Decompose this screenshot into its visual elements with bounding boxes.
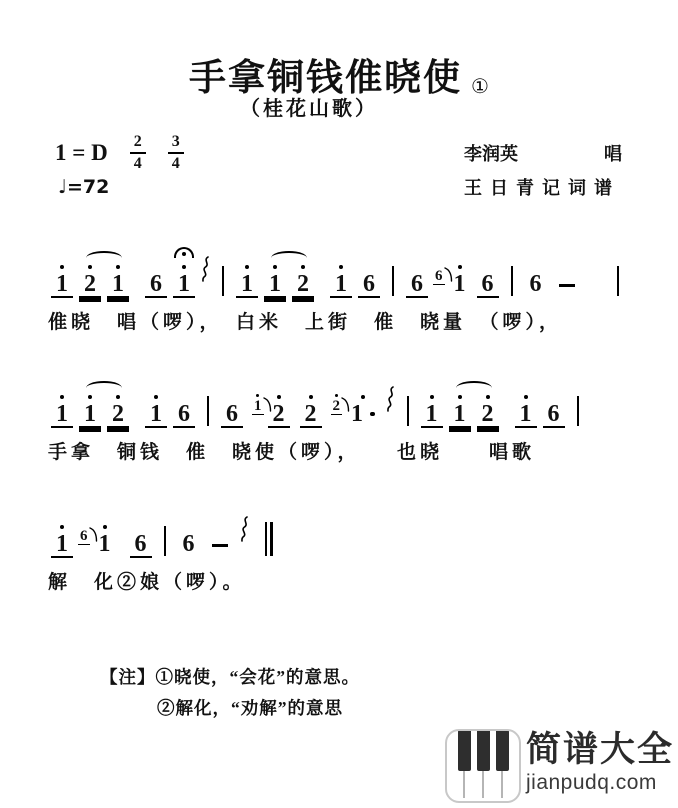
music-line: 16166解 化②娘（啰）。 — [48, 498, 273, 594]
octave-dot — [60, 525, 64, 529]
octave-dot — [256, 394, 259, 397]
note: 1 — [449, 395, 471, 428]
note: 1 — [145, 395, 167, 428]
note-digit: 6 — [150, 272, 162, 296]
note-digit: 2 — [297, 272, 309, 296]
meter-fraction-2: 3 4 — [168, 134, 184, 172]
meter-denominator: 4 — [172, 154, 180, 172]
slur-arc — [86, 251, 122, 265]
note: 1 — [421, 395, 443, 428]
credits-block: 李润英 唱 王日青记词谱 — [464, 140, 622, 200]
squiggle-mark — [200, 256, 211, 282]
piano-icon — [445, 729, 521, 803]
note-digit: 1 — [426, 402, 438, 426]
note: 1 — [79, 395, 101, 428]
octave-dot — [60, 395, 64, 399]
note-digit: 6 — [548, 402, 560, 426]
octave-dot — [524, 395, 528, 399]
barline — [577, 396, 579, 426]
note: 1 — [515, 395, 537, 428]
barline — [407, 396, 409, 426]
note-digit: 1 — [254, 399, 262, 414]
note-digit: 2 — [112, 402, 124, 426]
note: 1 — [94, 525, 116, 558]
note-digit: 6 — [226, 402, 238, 426]
site-url: jianpudq.com — [526, 771, 674, 795]
dash-extension — [212, 544, 228, 547]
note: 6 — [221, 402, 243, 428]
note: 2 — [300, 395, 322, 428]
barline — [392, 266, 394, 296]
note: 6 — [358, 272, 380, 298]
site-name: 简谱大全 — [526, 731, 674, 770]
octave-dot — [301, 265, 305, 269]
note-digit: 6 — [530, 272, 542, 296]
octave-dot — [88, 395, 92, 399]
octave-dot — [361, 395, 365, 399]
fermata-mark — [174, 247, 194, 258]
squiggle-mark — [385, 386, 396, 412]
grace-note: 1 — [252, 394, 264, 415]
note: 2 — [107, 395, 129, 428]
note: 6 — [543, 402, 565, 428]
note: 2 — [292, 265, 314, 298]
note-digit: 6 — [363, 272, 375, 296]
note: 6 — [406, 272, 428, 298]
note-digit: 1 — [269, 272, 281, 296]
note-digit: 2 — [273, 402, 285, 426]
note-digit: 1 — [56, 532, 68, 556]
note: 1 — [346, 395, 380, 428]
note-digit: 1 — [150, 402, 162, 426]
notes-row: 16166 — [48, 498, 273, 558]
octave-dot — [273, 265, 277, 269]
note: 1 — [107, 265, 129, 298]
grace-note: 2 — [331, 394, 343, 415]
note: 6 — [178, 532, 200, 558]
note-digit: 6 — [183, 532, 195, 556]
note-digit: 2 — [333, 399, 341, 414]
note-digit: 1 — [454, 272, 466, 296]
footnote-2: ②解化，“劝解”的意思 — [100, 693, 360, 724]
augmentation-dot — [370, 412, 375, 417]
note-digit: 1 — [351, 402, 363, 426]
singer-name: 李润英 — [464, 140, 518, 166]
slur-group: 12 — [446, 395, 502, 428]
note-digit: 1 — [178, 272, 190, 296]
octave-dot — [277, 395, 281, 399]
tempo-marking: ♩=72 — [58, 176, 109, 198]
note: 1 — [264, 265, 286, 298]
note-digit: 1 — [335, 272, 347, 296]
note-digit: 6 — [435, 269, 443, 284]
footnote-1: 【注】①晓使，“会花”的意思。 — [100, 662, 360, 693]
note: 1 — [173, 265, 195, 298]
note-digit: 2 — [482, 402, 494, 426]
note: 2 — [79, 265, 101, 298]
note-digit: 2 — [84, 272, 96, 296]
note: 1 — [51, 395, 73, 428]
dash-extension — [559, 284, 575, 287]
note-digit: 6 — [482, 272, 494, 296]
note-digit: 1 — [454, 402, 466, 426]
octave-dot — [60, 265, 64, 269]
meter-numerator: 2 — [130, 134, 146, 154]
note: 1 — [51, 525, 73, 558]
singer-role: 唱 — [604, 140, 622, 166]
slur-arc — [271, 251, 307, 265]
note-digit: 1 — [520, 402, 532, 426]
slur-group: 21 — [76, 265, 132, 298]
barline — [207, 396, 209, 426]
note: 2 — [268, 395, 290, 428]
note-digit: 1 — [84, 402, 96, 426]
note-digit: 1 — [56, 272, 68, 296]
octave-dot — [103, 525, 107, 529]
slur-arc — [86, 381, 122, 395]
note: 1 — [236, 265, 258, 298]
note-digit: 2 — [305, 402, 317, 426]
lyrics-row: 手拿 铜钱 倠 晓使（啰）， 也晓 唱歌 — [48, 437, 588, 464]
music-line: 121611121666166倠晓 唱（啰）， 白米 上街 倠 晓量 （啰）， — [48, 238, 628, 334]
key-label: 1 = D — [55, 140, 108, 166]
note: 6 — [525, 272, 547, 298]
octave-dot — [245, 265, 249, 269]
note-digit: 1 — [99, 532, 111, 556]
meter-denominator: 4 — [134, 154, 142, 172]
octave-dot — [458, 395, 462, 399]
note-digit: 6 — [411, 272, 423, 296]
octave-dot — [458, 265, 462, 269]
final-barline — [262, 522, 273, 556]
note: 2 — [477, 395, 499, 428]
barline — [511, 266, 513, 296]
barline — [617, 266, 619, 296]
note: 1 — [51, 265, 73, 298]
singer-credit: 李润英 唱 — [464, 140, 622, 166]
note: 6 — [173, 402, 195, 428]
lyrics-row: 倠晓 唱（啰）， 白米 上街 倠 晓量 （啰）， — [48, 307, 628, 334]
note-digit: 1 — [56, 402, 68, 426]
sheet-music-page: 手拿铜钱倠晓使① （桂花山歌） 1 = D 2 4 3 4 ♩=72 李润英 唱… — [0, 0, 678, 808]
note-digit: 6 — [178, 402, 190, 426]
footnotes-block: 【注】①晓使，“会花”的意思。 ②解化，“劝解”的意思 — [100, 662, 360, 724]
grace-note: 6 — [78, 529, 90, 545]
slur-group: 12 — [76, 395, 132, 428]
note: 6 — [130, 532, 152, 558]
notes-row: 1121661222111216 — [48, 368, 588, 428]
octave-dot — [182, 265, 186, 269]
music-line: 1121661222111216手拿 铜钱 倠 晓使（啰）， 也晓 唱歌 — [48, 368, 588, 464]
note-digit: 6 — [80, 529, 88, 544]
note: 1 — [330, 265, 352, 298]
transcriber-credit: 王日青记词谱 — [464, 174, 630, 200]
note: 6 — [145, 272, 167, 298]
note-digit: 1 — [241, 272, 253, 296]
octave-dot — [339, 265, 343, 269]
watermark-text: 简谱大全 jianpudq.com — [526, 729, 674, 795]
barline — [222, 266, 224, 296]
lyrics-row: 解 化②娘（啰）。 — [48, 567, 273, 594]
barline — [164, 526, 166, 556]
octave-dot — [430, 395, 434, 399]
meter-numerator: 3 — [168, 134, 184, 154]
squiggle-mark — [239, 516, 250, 542]
octave-dot — [154, 395, 158, 399]
key-signature: 1 = D 2 4 3 4 — [55, 134, 184, 172]
note: 6 — [477, 272, 499, 298]
octave-dot — [335, 394, 338, 397]
slur-arc — [456, 381, 492, 395]
octave-dot — [116, 265, 120, 269]
notes-row: 121611121666166 — [48, 238, 628, 298]
note: 1 — [449, 265, 471, 298]
grace-note: 6 — [433, 269, 445, 285]
song-subtitle: （桂花山歌） — [0, 92, 648, 121]
note-digit: 1 — [112, 272, 124, 296]
slur-group: 12 — [261, 265, 317, 298]
octave-dot — [486, 395, 490, 399]
watermark: 简谱大全 jianpudq.com — [445, 729, 674, 803]
octave-dot — [88, 265, 92, 269]
note-digit: 6 — [135, 532, 147, 556]
octave-dot — [309, 395, 313, 399]
meter-fraction-1: 2 4 — [130, 134, 146, 172]
octave-dot — [116, 395, 120, 399]
